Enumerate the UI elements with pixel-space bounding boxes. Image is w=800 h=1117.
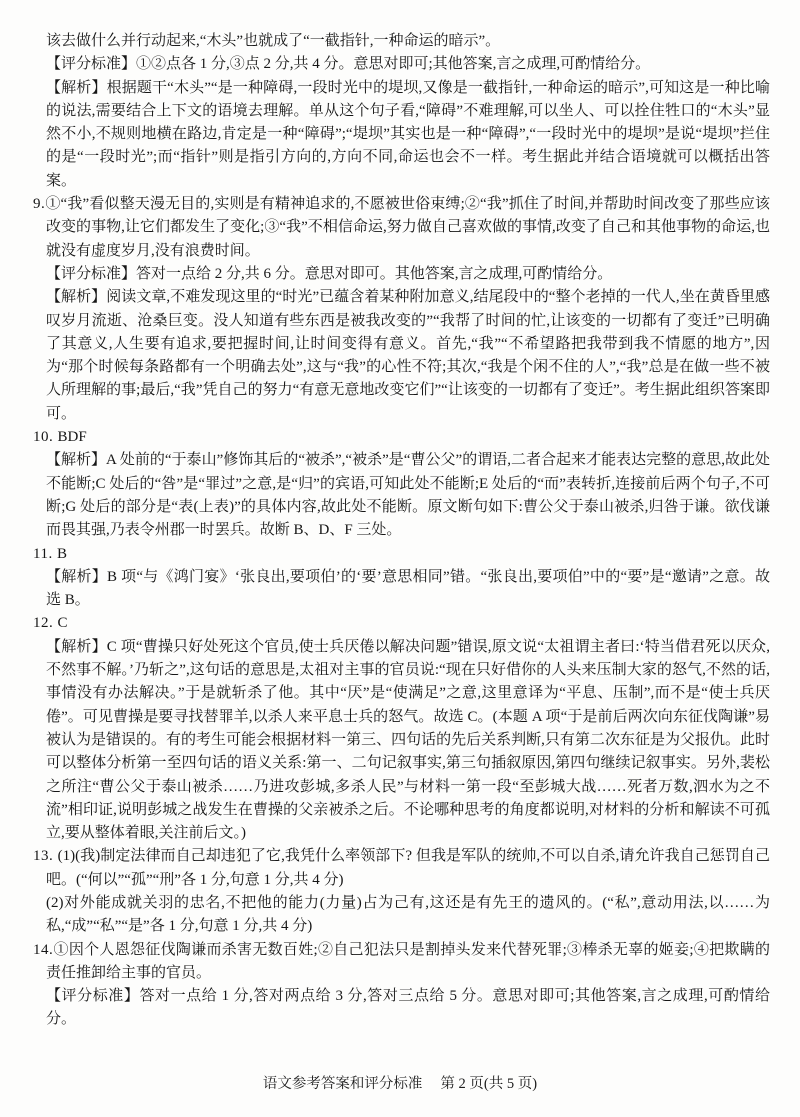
paragraph-text: (2)对外能成就关羽的忠名,不把他的能力(力量)占为己有,这还是有先王的遗风的。… <box>46 895 770 934</box>
answer-item-12: 12. C <box>33 612 770 635</box>
scoring-criteria-14: 【评分标准】答对一点给 1 分,答对两点给 3 分,答对三点给 5 分。意思对即… <box>33 985 770 1032</box>
item-number: 13. <box>33 848 58 864</box>
answer-item-9: 9.①“我”看似整天漫无目的,实则是有精神追求的,不愿被世俗束缚;②“我”抓住了… <box>33 193 770 263</box>
paragraph-text: 【评分标准】答对一点给 1 分,答对两点给 3 分,答对三点给 5 分。意思对即… <box>46 988 770 1027</box>
answer-item-13: 13. (1)(我)制定法律而自己却违犯了它,我凭什么率领部下? 但我是军队的统… <box>33 845 770 892</box>
answer-key-content: 该去做什么并行动起来,“木头”也就成了“一截指针,一种命运的暗示”。 【评分标准… <box>33 30 770 1032</box>
analysis-8: 【解析】根据题干“木头”“是一种障碍,一段时光中的堤坝,又像是一截指针,一种命运… <box>33 77 770 193</box>
analysis-12: 【解析】C 项“曹操只好处死这个官员,使士兵厌倦以解决问题”错误,原文说“太祖谓… <box>33 636 770 846</box>
paragraph-text: 【解析】B 项“与《鸿门宴》‘张良出,要项伯’的‘要’意思相同”错。“张良出,要… <box>46 569 770 608</box>
paragraph-text: 【解析】C 项“曹操只好处死这个官员,使士兵厌倦以解决问题”错误,原文说“太祖谓… <box>46 639 770 841</box>
footer-page-number: 第 2 页(共 5 页) <box>440 1076 537 1092</box>
analysis-11: 【解析】B 项“与《鸿门宴》‘张良出,要项伯’的‘要’意思相同”错。“张良出,要… <box>33 566 770 613</box>
item-number: 11. <box>33 546 57 562</box>
answer-item-14: 14.①因个人恩怨征伐陶谦而杀害无数百姓;②自己犯法只是割掉头发来代替死罪;③棒… <box>33 939 770 986</box>
item-number: 12. <box>33 615 58 631</box>
item-number: 10. <box>33 429 58 445</box>
answer-item-13-part2: (2)对外能成就关羽的忠名,不把他的能力(力量)占为己有,这还是有先王的遗风的。… <box>33 892 770 939</box>
paragraph-text: 【评分标准】①②点各 1 分,③点 2 分,共 4 分。意思对即可;其他答案,言… <box>46 56 650 72</box>
answer-item-11: 11. B <box>33 543 770 566</box>
paragraph-text: ①“我”看似整天漫无目的,实则是有精神追求的,不愿被世俗束缚;②“我”抓住了时间… <box>45 196 770 259</box>
answer-item-10: 10. BDF <box>33 426 770 449</box>
paragraph-text: 【解析】根据题干“木头”“是一种障碍,一段时光中的堤坝,又像是一截指针,一种命运… <box>46 80 770 189</box>
page-footer: 语文参考答案和评分标准第 2 页(共 5 页) <box>0 1072 800 1093</box>
answer-continuation: 该去做什么并行动起来,“木头”也就成了“一截指针,一种命运的暗示”。 <box>33 30 770 53</box>
analysis-10: 【解析】A 处前的“于泰山”修饰其后的“被杀”,“被杀”是“曹公父”的谓语,二者… <box>33 449 770 542</box>
item-number: 9. <box>33 196 45 212</box>
paragraph-text: 【评分标准】答对一点给 2 分,共 6 分。意思对即可。其他答案,言之成理,可酌… <box>46 266 612 282</box>
paragraph-text: 【解析】A 处前的“于泰山”修饰其后的“被杀”,“被杀”是“曹公父”的谓语,二者… <box>46 452 770 538</box>
item-number: 14. <box>33 942 53 958</box>
scoring-criteria-9: 【评分标准】答对一点给 2 分,共 6 分。意思对即可。其他答案,言之成理,可酌… <box>33 263 770 286</box>
footer-doc-title: 语文参考答案和评分标准 <box>263 1076 423 1092</box>
paragraph-text: ①因个人恩怨征伐陶谦而杀害无数百姓;②自己犯法只是割掉头发来代替死罪;③棒杀无辜… <box>46 942 770 981</box>
answer-key-page: 该去做什么并行动起来,“木头”也就成了“一截指针,一种命运的暗示”。 【评分标准… <box>0 0 800 1117</box>
analysis-9: 【解析】阅读文章,不难发现这里的“时光”已蕴含着某种附加意义,结尾段中的“整个老… <box>33 286 770 426</box>
paragraph-text: 【解析】阅读文章,不难发现这里的“时光”已蕴含着某种附加意义,结尾段中的“整个老… <box>46 289 770 421</box>
paragraph-text: BDF <box>58 429 87 445</box>
paragraph-text: B <box>57 546 67 562</box>
paragraph-text: C <box>58 615 68 631</box>
paragraph-text: (1)(我)制定法律而自己却违犯了它,我凭什么率领部下? 但我是军队的统帅,不可… <box>46 848 770 887</box>
scoring-criteria-8: 【评分标准】①②点各 1 分,③点 2 分,共 4 分。意思对即可;其他答案,言… <box>33 53 770 76</box>
paragraph-text: 该去做什么并行动起来,“木头”也就成了“一截指针,一种命运的暗示”。 <box>46 33 500 49</box>
